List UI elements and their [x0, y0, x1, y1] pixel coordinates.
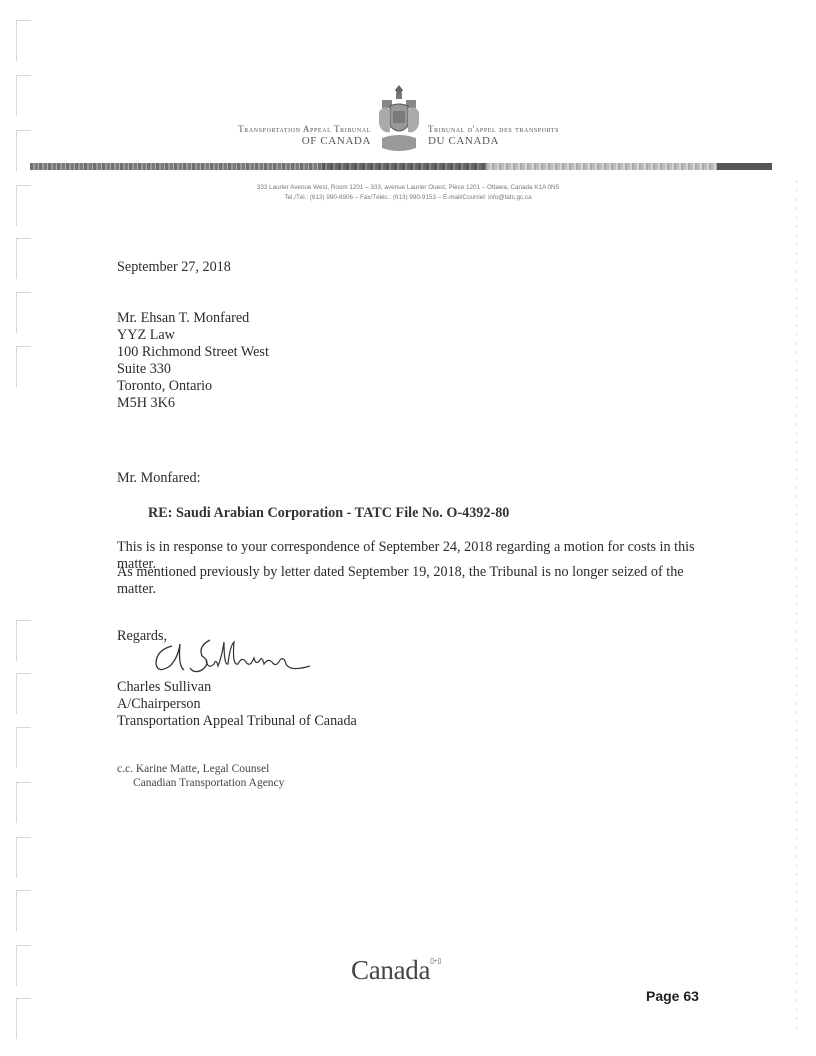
contact-address: 333 Laurier Avenue West, Room 1201 – 333…	[0, 183, 816, 203]
binder-mark	[16, 292, 31, 333]
signer-title: A/Chairperson	[117, 696, 357, 713]
recipient-postal: M5H 3K6	[117, 395, 269, 412]
cc-block: c.c. Karine Matte, Legal Counsel Canadia…	[117, 762, 284, 790]
signer-name: Charles Sullivan	[117, 679, 357, 696]
org-en-line1: Transportation Appeal Tribunal	[238, 123, 371, 135]
org-en-line2: OF CANADA	[238, 135, 371, 147]
coat-of-arms-icon	[376, 84, 422, 154]
recipient-street: 100 Richmond Street West	[117, 344, 269, 361]
cc-line: Canadian Transportation Agency	[117, 776, 284, 790]
body-paragraph: As mentioned previously by letter dated …	[117, 564, 697, 598]
header-rule-segment	[487, 163, 717, 170]
cc-line: c.c. Karine Matte, Legal Counsel	[117, 762, 284, 776]
org-name-english: Transportation Appeal Tribunal OF CANADA	[238, 123, 371, 147]
org-name-french: Tribunal d'appel des transports DU CANAD…	[428, 123, 559, 147]
header-rule-segment	[322, 163, 487, 170]
binder-mark	[16, 620, 31, 661]
recipient-firm: YYZ Law	[117, 327, 269, 344]
signature-icon	[150, 636, 320, 678]
subject-line: RE: Saudi Arabian Corporation - TATC Fil…	[148, 505, 509, 522]
scan-edge	[796, 180, 797, 1030]
recipient-city: Toronto, Ontario	[117, 378, 269, 395]
letter-date: September 27, 2018	[117, 259, 231, 276]
signer-organization: Transportation Appeal Tribunal of Canada	[117, 713, 357, 730]
binder-mark	[16, 890, 31, 931]
contact-line: Tel./Tél.: (613) 990-6906 – Fax/Téléc.: …	[0, 193, 816, 203]
binder-mark	[16, 673, 31, 714]
header-rule-segment	[717, 163, 772, 170]
canada-wordmark: Canada▯+▯	[351, 955, 441, 986]
binder-mark	[16, 998, 31, 1039]
address-line: 333 Laurier Avenue West, Room 1201 – 333…	[0, 183, 816, 193]
binder-mark	[16, 727, 31, 768]
binder-mark	[16, 346, 31, 387]
binder-mark	[16, 20, 31, 61]
org-fr-line1: Tribunal d'appel des transports	[428, 123, 559, 135]
recipient-block: Mr. Ehsan T. Monfared YYZ Law 100 Richmo…	[117, 310, 269, 412]
binder-mark	[16, 945, 31, 986]
binder-mark	[16, 130, 31, 171]
recipient-suite: Suite 330	[117, 361, 269, 378]
org-fr-line2: DU CANADA	[428, 135, 559, 147]
salutation: Mr. Monfared:	[117, 470, 201, 487]
page-number: Page 63	[646, 988, 699, 1004]
binder-mark	[16, 837, 31, 878]
binder-mark	[16, 782, 31, 823]
flag-icon: ▯+▯	[430, 957, 441, 965]
binder-mark	[16, 238, 31, 279]
recipient-name: Mr. Ehsan T. Monfared	[117, 310, 269, 327]
binder-mark	[16, 75, 31, 116]
wordmark-text: Canada	[351, 955, 430, 985]
signer-block: Charles Sullivan A/Chairperson Transport…	[117, 679, 357, 730]
